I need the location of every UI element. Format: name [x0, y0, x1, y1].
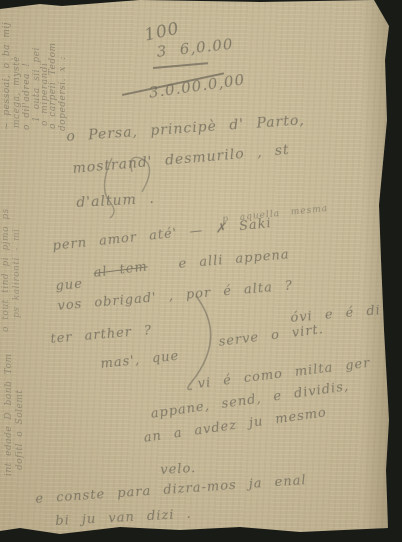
- handwriting-line: bi ju van dizi .: [55, 508, 192, 528]
- margin-note-line: ps kalironti - mi: [13, 228, 22, 318]
- margin-note-line: o dil'adrea !: [23, 63, 32, 130]
- handwriting-line: gue: [55, 278, 83, 293]
- margin-note-line: mcega, mystè: [13, 56, 22, 128]
- handwriting-line: o Persa, principè d' Parto,: [66, 113, 305, 144]
- margin-note-line: ~ pessoai, o ba mij: [3, 22, 12, 130]
- handwriting-line: d'altum .: [76, 192, 155, 210]
- handwriting-line: pern amor até' — ✗ Saki: [52, 217, 272, 253]
- handwriting-line: serve o virt.: [218, 323, 325, 349]
- margin-note-line: o tout tind pi pjmo ps: [2, 208, 11, 332]
- margin-note-line: o carpeii Tedom: [49, 42, 58, 129]
- handwriting-line: e alli appena: [178, 248, 290, 271]
- manuscript-scan: 1003 6,0.003.0.00.0,00 ~ pessoai, o ba m…: [0, 0, 402, 542]
- handwriting-line: vos obrigad' , por é alta ?: [57, 279, 293, 313]
- margin-note-line: dofitl o Solemt: [16, 390, 25, 470]
- margin-note-line: dopedersi. x :: [59, 56, 68, 131]
- handwriting-line: mas', que: [100, 350, 180, 371]
- handwriting-line: mostrand' desmurilo , st: [72, 143, 290, 176]
- handwriting-line: e conste para dizra-mos ja enal: [35, 474, 307, 506]
- handwriting-line: al tem: [93, 260, 148, 280]
- handwriting-line: ter arther ?: [50, 324, 153, 346]
- handwriting-line: óvi e é di va: [290, 302, 402, 325]
- pencil-rule-line: [153, 62, 208, 69]
- margin-note-line: int edade D bonb Tom: [5, 354, 14, 477]
- torn-paper-sheet: 1003 6,0.003.0.00.0,00 ~ pessoai, o ba m…: [0, 0, 402, 542]
- handwriting-line: velo.: [160, 462, 197, 477]
